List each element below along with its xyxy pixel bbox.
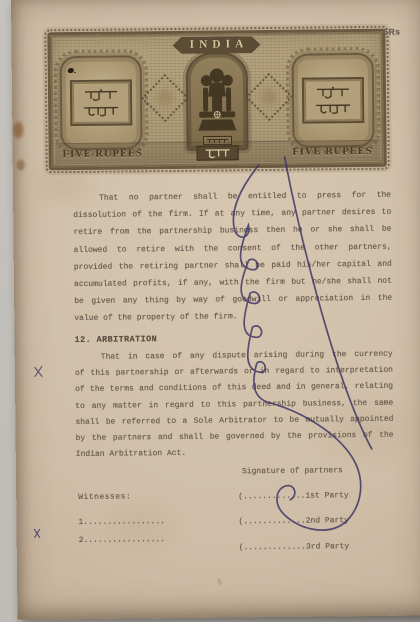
devanagari-bharat-text <box>204 147 232 158</box>
right-denomination-medallion <box>292 53 375 148</box>
stamp-denomination-band: FIVE RUPEES FIVE RUPEES <box>56 140 380 164</box>
devanagari-paanch-text <box>80 88 122 101</box>
margin-check-mark <box>35 366 42 376</box>
margin-tick-mark <box>35 529 40 537</box>
photograph-of-stamp-paper: INDIA <box>0 0 420 622</box>
witnesses-label: Witnesses: <box>78 492 131 502</box>
stamp-paper-sheet: INDIA <box>11 0 420 620</box>
arbitration-clause-heading: 12. ARBITRATION <box>75 334 158 345</box>
edge-stain <box>13 122 23 139</box>
five-rupees-left-label: FIVE RUPEES <box>63 148 143 160</box>
witness-line-2: 2................. <box>79 535 166 545</box>
deed-paragraph-retirement: That no partner shall be entitled to pre… <box>73 190 392 331</box>
witness-line-1: 1................. <box>78 517 165 527</box>
deed-paragraph-arbitration: That in case of any dispute arising duri… <box>75 349 394 466</box>
devanagari-paanch-text <box>312 86 354 99</box>
bharat-label-box <box>197 145 239 160</box>
floral-motif <box>141 74 189 122</box>
stamp-country-banner: INDIA <box>172 36 260 54</box>
five-rupee-revenue-stamp: INDIA <box>47 29 386 171</box>
devanagari-rupaye-text <box>312 102 354 115</box>
devanagari-rupaye-text <box>80 104 122 117</box>
five-rupees-right-label: FIVE RUPEES <box>292 145 372 157</box>
deed-line: value of the property of the firm. <box>74 310 392 331</box>
edge-stain <box>17 160 25 171</box>
corner-denomination-label: 5Rs <box>383 27 400 37</box>
deed-line: Indian Arbitration Act. <box>76 446 394 466</box>
third-party-signature-line: (.............3rd Party <box>239 542 350 552</box>
floral-motif <box>245 73 293 121</box>
second-party-signature-line: (.............2nd Party <box>238 516 349 526</box>
emblem-panel <box>186 52 249 151</box>
page-number: 5 <box>217 578 222 587</box>
first-party-signature-line: (.............1st Party <box>238 491 349 501</box>
ashoka-lion-capital-icon <box>188 54 247 149</box>
signature-of-partners-label: Signature of partners <box>242 466 343 476</box>
hindi-denomination-right <box>302 77 364 124</box>
hindi-denomination-left <box>70 79 132 126</box>
